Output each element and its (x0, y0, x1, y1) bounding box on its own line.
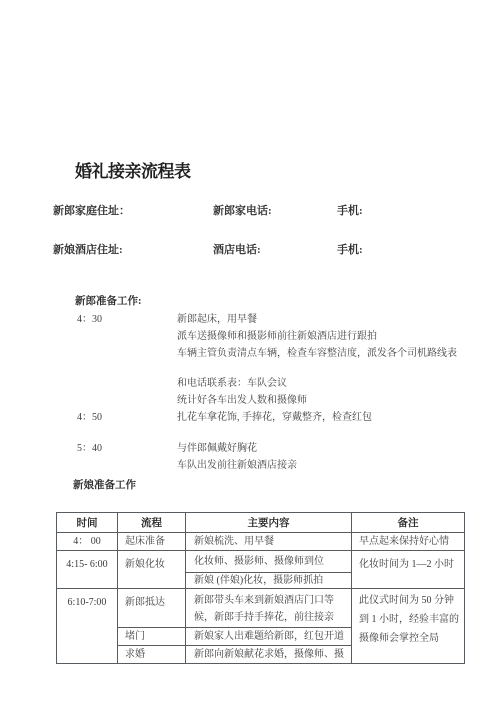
prep-row: 4：50 扎花车拿花饰, 手捧花，穿戴整齐，检查红包 (77, 409, 457, 426)
prep-time (77, 392, 177, 409)
table-header-row: 时间 流程 主要内容 备注 (57, 513, 465, 533)
col-header-flow: 流程 (118, 513, 186, 533)
prep-time (77, 457, 177, 474)
table-row: 6:10-7:00 新郎抵达 新郎带头车来到新娘酒店门口等候，新郎手持手捧花，前… (57, 589, 465, 628)
cell-flow: 求婚 (118, 646, 186, 664)
cell-flow: 新娘化妆 (118, 551, 186, 589)
groom-phone-label: 新郎家电话: (213, 204, 272, 218)
cell-content: 新娘梳洗、用早餐 (186, 533, 352, 551)
prep-text: 派车送摄像师和摄影师前往新娘酒店进行跟拍 (177, 328, 377, 345)
cell-content: 新郎带头车来到新娘酒店门口等候，新郎手持手捧花，前往接亲 (186, 589, 352, 628)
prep-row: 和电话联系表：车队会议 (77, 375, 457, 392)
prep-text: 统计好各车出发人数和摄像师 (177, 392, 307, 409)
prep-row: 统计好各车出发人数和摄像师 (77, 392, 457, 409)
cell-note: 此仪式时间为 50 分钟到 1 小时，经验丰富的摄像师会掌控全局 (352, 589, 465, 664)
prep-time: 4：50 (77, 409, 177, 426)
document-page: 婚礼接亲流程表 新郎家庭住址： 新郎家电话: 手机: 新娘酒店住址: 酒店电话:… (0, 0, 500, 708)
groom-prep-list: 4：30 新郎起床，用早餐 派车送摄像师和摄影师前往新娘酒店进行跟拍 车辆主管负… (77, 311, 457, 474)
cell-flow: 堵门 (118, 628, 186, 646)
prep-text: 新郎起床，用早餐 (177, 311, 257, 328)
prep-text: 扎花车拿花饰, 手捧花，穿戴整齐，检查红包 (177, 409, 372, 426)
prep-row: 车辆主管负责清点车辆，检查车容整洁度，派发各个司机路线表 (77, 345, 457, 362)
cell-note: 早点起来保持好心情 (352, 533, 465, 551)
cell-time: 4： 00 (57, 533, 118, 551)
cell-content: 化妆师、摄影师、摄像师到位 (186, 551, 352, 573)
groom-contact-row: 新郎家庭住址： 新郎家电话: 手机: (0, 204, 500, 218)
prep-row: 车队出发前往新娘酒店接亲 (77, 457, 457, 474)
hotel-mobile-label: 手机: (337, 243, 363, 257)
table-row: 4:15- 6:00 新娘化妆 化妆师、摄影师、摄像师到位 化妆时间为 1—2 … (57, 551, 465, 573)
prep-time: 5：40 (77, 440, 177, 457)
groom-address-label: 新郎家庭住址： (53, 204, 130, 218)
cell-time: 6:10-7:00 (57, 589, 118, 664)
col-header-time: 时间 (57, 513, 118, 533)
prep-time (77, 345, 177, 362)
prep-time: 4：30 (77, 311, 177, 328)
prep-text: 和电话联系表：车队会议 (177, 375, 287, 392)
cell-content: 新娘家人出难题给新郎，红包开道 (186, 628, 352, 646)
groom-mobile-label: 手机: (337, 204, 363, 218)
table-row: 4： 00 起床准备 新娘梳洗、用早餐 早点起来保持好心情 (57, 533, 465, 551)
prep-text: 车辆主管负责清点车辆，检查车容整洁度，派发各个司机路线表 (177, 345, 457, 362)
schedule-table: 时间 流程 主要内容 备注 4： 00 起床准备 新娘梳洗、用早餐 早点起来保持… (56, 512, 465, 664)
col-header-note: 备注 (352, 513, 465, 533)
cell-flow: 新郎抵达 (118, 589, 186, 628)
cell-content: 新郎向新娘献花求婚，摄像师、摄 (186, 646, 352, 664)
groom-prep-heading: 新郎准备工作: (75, 295, 142, 309)
prep-time (77, 375, 177, 392)
hotel-phone-label: 酒店电话: (213, 243, 261, 257)
col-header-content: 主要内容 (186, 513, 352, 533)
cell-content: 新娘 (伴娘)化妆，摄影师抓拍 (186, 573, 352, 589)
bride-prep-heading: 新娘准备工作 (73, 479, 136, 493)
prep-row: 4：30 新郎起床，用早餐 (77, 311, 457, 328)
cell-flow: 起床准备 (118, 533, 186, 551)
prep-row: 5：40 与伴郎佩戴好胸花 (77, 440, 457, 457)
page-title: 婚礼接亲流程表 (75, 162, 191, 182)
prep-text: 与伴郎佩戴好胸花 (177, 440, 257, 457)
cell-note: 化妆时间为 1—2 小时 (352, 551, 465, 589)
prep-text: 车队出发前往新娘酒店接亲 (177, 457, 297, 474)
prep-row: 派车送摄像师和摄影师前往新娘酒店进行跟拍 (77, 328, 457, 345)
prep-time (77, 328, 177, 345)
bride-hotel-contact-row: 新娘酒店住址: 酒店电话: 手机: (0, 243, 500, 257)
bride-hotel-address-label: 新娘酒店住址: (53, 243, 123, 257)
cell-time: 4:15- 6:00 (57, 551, 118, 589)
